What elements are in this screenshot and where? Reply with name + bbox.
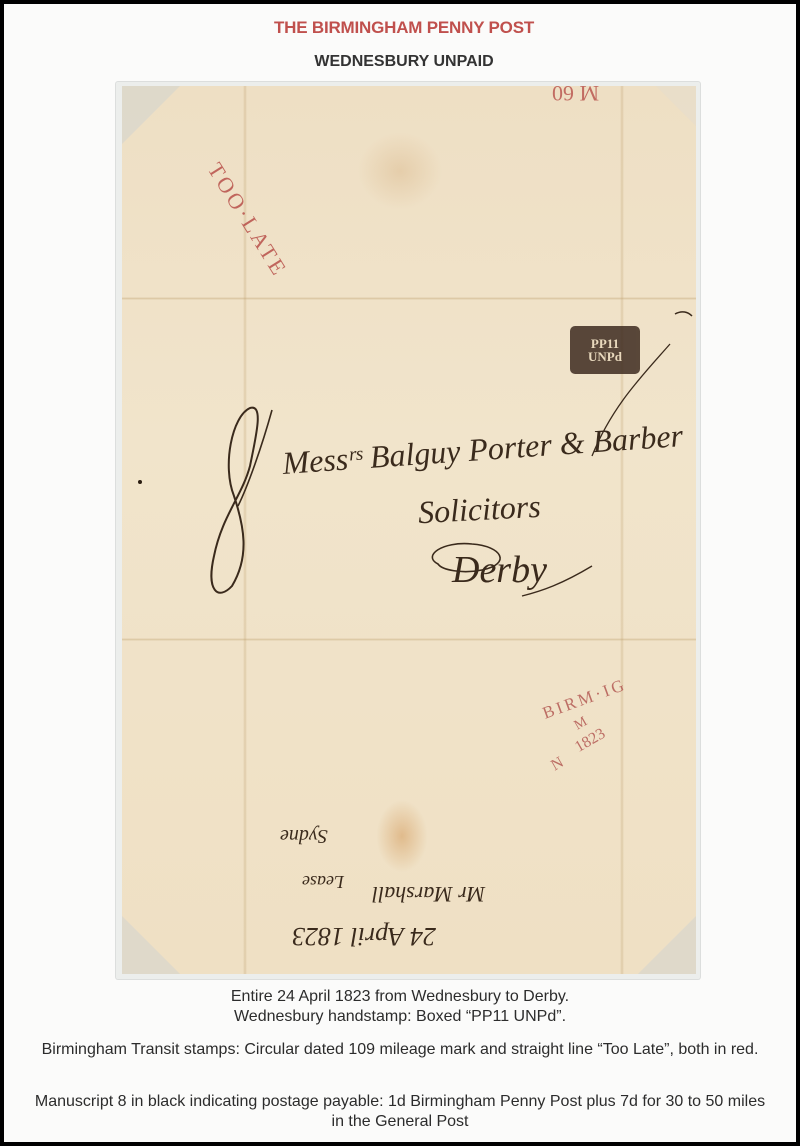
page-title: THE BIRMINGHAM PENNY POST — [4, 18, 800, 38]
postal-entire: TOO·LATE M 60 PP11 UNPd BIRM·IG M 1823 N… — [122, 86, 696, 974]
address-occupation: Solicitors — [417, 488, 541, 531]
address-town: Derby — [452, 548, 547, 592]
caption-description: Entire 24 April 1823 from Wednesbury to … — [0, 987, 800, 1027]
docket-date: 24 April 1823 — [292, 921, 436, 951]
docket-subject: Lease — [302, 871, 344, 892]
caption-line-date-route: Entire 24 April 1823 from Wednesbury to … — [0, 987, 800, 1007]
docket-name: Mr Marshall — [372, 881, 485, 907]
page-subtitle: WEDNESBURY UNPAID — [4, 53, 800, 71]
caption-transit-stamps: Birmingham Transit stamps: Circular date… — [30, 1040, 770, 1060]
caption-postage-rate: Manuscript 8 in black indicating postage… — [30, 1092, 770, 1132]
manuscript-ink — [122, 86, 696, 974]
caption-line-handstamp: Wednesbury handstamp: Boxed “PP11 UNPd”. — [0, 1007, 800, 1027]
docket-place: Sydne — [280, 824, 328, 847]
manuscript-8 — [211, 408, 257, 593]
